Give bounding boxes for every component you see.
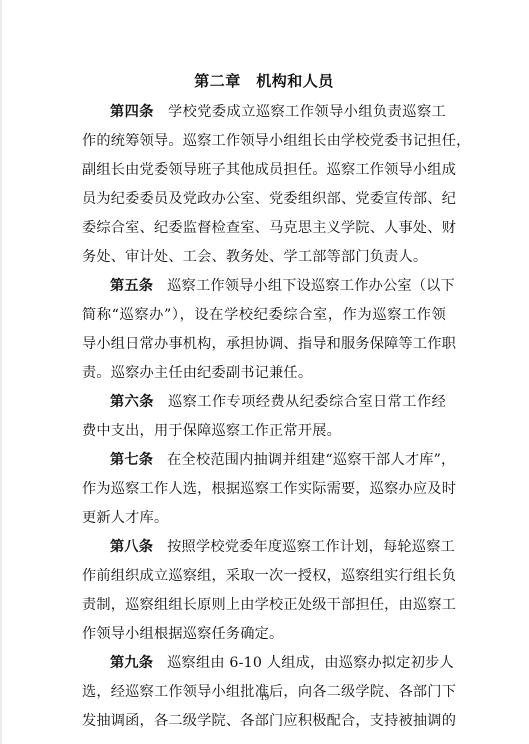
text-line: 作的统筹领导。巡察工作领导小组组长由学校党委书记担任， (82, 127, 446, 156)
article-label: 第八条 (110, 539, 153, 555)
text-line: 责制，巡察组组长原则上由学校正处级干部担任，由巡察工 (82, 591, 446, 620)
article-label: 第七条 (110, 452, 153, 468)
article-9-line: 第九条巡察组由 6-10 人组成，由巡察办拟定初步人 (82, 649, 446, 678)
text-line: 巡察工作专项经费从纪委综合室日常工作经 (168, 394, 446, 410)
text-line: 巡察工作领导小组下设巡察工作办公室（以下 (167, 278, 455, 294)
article-4-line: 第四条学校党委成立巡察工作领导小组负责巡察工 (82, 98, 446, 127)
article-label: 第六条 (110, 394, 154, 410)
text-line: 在全校范围内抽调并组建“巡察干部人才库”， (167, 452, 455, 468)
article-label: 第四条 (110, 104, 154, 120)
chapter-title: 第二章 机构和人员 (82, 68, 446, 94)
article-label: 第九条 (110, 655, 153, 671)
text-line: 作领导小组根据巡察任务确定。 (82, 620, 446, 649)
page-number: 19 (0, 692, 529, 702)
article-5-line: 第五条巡察工作领导小组下设巡察工作办公室（以下 (82, 272, 446, 301)
text-line: 责。巡察办主任由纪委副书记兼任。 (82, 359, 446, 388)
article-6-line: 第六条巡察工作专项经费从纪委综合室日常工作经 (82, 388, 446, 417)
article-7-line: 第七条在全校范围内抽调并组建“巡察干部人才库”， (82, 446, 446, 475)
article-8-line: 第八条按照学校党委年度巡察工作计划，每轮巡察工 (82, 533, 446, 562)
page-edge (0, 0, 2, 744)
text-line: 务处、审计处、工会、教务处、学工部等部门负责人。 (82, 243, 446, 272)
text-line: 简称“巡察办”），设在学校纪委综合室，作为巡察工作领 (82, 301, 446, 330)
text-line: 巡察组由 6-10 人组成，由巡察办拟定初步人 (167, 655, 454, 671)
text-line: 副组长由党委领导班子其他成员担任。巡察工作领导小组成 (82, 156, 446, 185)
text-line: 委综合室、纪委监督检查室、马克思主义学院、人事处、财 (82, 214, 446, 243)
article-label: 第五条 (110, 278, 153, 294)
text-line: 费中支出，用于保障巡察工作正常开展。 (82, 417, 446, 446)
text-line: 导小组日常办事机构，承担协调、指导和服务保障等工作职 (82, 330, 446, 359)
text-line: 按照学校党委年度巡察工作计划，每轮巡察工 (167, 539, 455, 555)
text-line: 作为巡察工作人选，根据巡察工作实际需要，巡察办应及时 (82, 475, 446, 504)
text-line: 作前组织成立巡察组，采取一次一授权，巡察组实行组长负 (82, 562, 446, 591)
text-line: 发抽调函，各二级学院、各部门应积极配合，支持被抽调的 (82, 707, 446, 736)
text-line: 更新人才库。 (82, 504, 446, 533)
text-line: 学校党委成立巡察工作领导小组负责巡察工 (168, 104, 446, 120)
text-line: 员为纪委委员及党政办公室、党委组织部、党委宣传部、纪 (82, 185, 446, 214)
